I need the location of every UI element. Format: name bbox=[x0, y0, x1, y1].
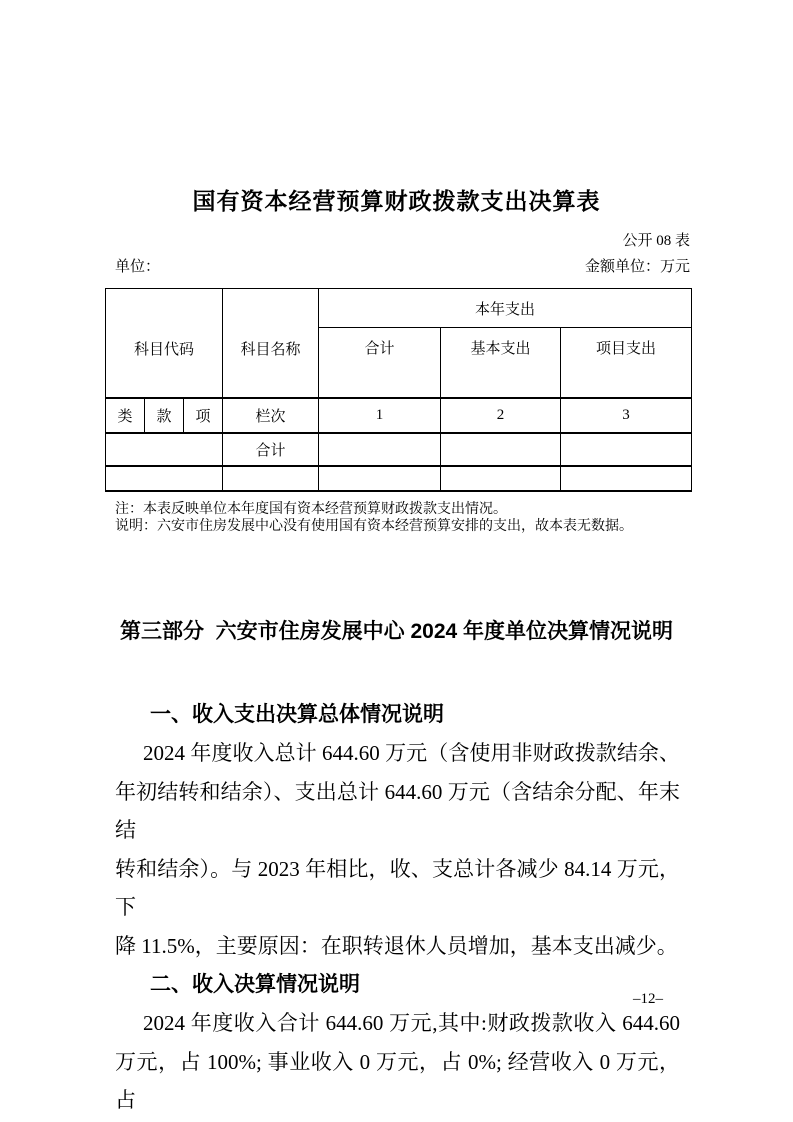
section-title: 第三部分 六安市住房发展中心 2024 年度单位决算情况说明 bbox=[0, 615, 793, 645]
empty-cell bbox=[561, 433, 692, 466]
paragraph-line: 2024 年度收入总计 644.60 万元（含使用非财政拨款结余、 bbox=[115, 734, 680, 773]
header-project-expenditure: 项目支出 bbox=[561, 328, 692, 398]
column-index-2: 2 bbox=[441, 398, 561, 433]
empty-cell bbox=[441, 433, 561, 466]
empty-cell bbox=[319, 466, 441, 491]
paragraph-line: 万元，占 100%; 事业收入 0 万元，占 0%; 经营收入 0 万元，占 bbox=[115, 1043, 680, 1120]
table-code: 公开 08 表 bbox=[0, 229, 793, 250]
total-row-label: 合计 bbox=[223, 433, 319, 466]
header-basic-expenditure: 基本支出 bbox=[441, 328, 561, 398]
table-header-row-1: 科目代码 科目名称 本年支出 bbox=[106, 289, 692, 328]
table-note: 注：本表反映单位本年度国有资本经营预算财政拨款支出情况。 bbox=[115, 501, 693, 518]
empty-cell bbox=[106, 466, 223, 491]
empty-cell bbox=[441, 466, 561, 491]
paragraph-line: 降 11.5%，主要原因：在职转退休人员增加，基本支出减少。 bbox=[115, 927, 680, 966]
empty-cell bbox=[106, 433, 223, 466]
empty-cell bbox=[561, 466, 692, 491]
empty-cell bbox=[223, 466, 319, 491]
paragraph-line: 2024 年度收入合计 644.60 万元,其中:财政拨款收入 644.60 bbox=[115, 1004, 680, 1043]
label-section: 款 bbox=[145, 398, 184, 433]
unit-row: 单位： 金额单位：万元 bbox=[115, 255, 690, 276]
column-index-1: 1 bbox=[319, 398, 441, 433]
column-index-row: 类 款 项 栏次 1 2 3 bbox=[106, 398, 692, 433]
table-row-empty bbox=[106, 466, 692, 491]
header-total: 合计 bbox=[319, 328, 441, 398]
label-item: 项 bbox=[184, 398, 223, 433]
paragraph-line: 转和结余）。与 2023 年相比，收、支总计各减少 84.14 万元，下 bbox=[115, 850, 680, 927]
table-explanation: 说明：六安市住房发展中心没有使用国有资本经营预算安排的支出，故本表无数据。 bbox=[115, 518, 693, 535]
empty-cell bbox=[319, 433, 441, 466]
document-page: 国有资本经营预算财政拨款支出决算表 公开 08 表 单位： 金额单位：万元 科目… bbox=[0, 0, 793, 1122]
label-column-index: 栏次 bbox=[223, 398, 319, 433]
header-subject-code: 科目代码 bbox=[106, 289, 223, 398]
header-current-year-expenditure: 本年支出 bbox=[319, 289, 692, 328]
label-category: 类 bbox=[106, 398, 145, 433]
amount-unit-label: 金额单位：万元 bbox=[585, 255, 690, 276]
page-number: –12– bbox=[633, 991, 663, 1008]
page-title: 国有资本经营预算财政拨款支出决算表 bbox=[0, 0, 793, 216]
heading-income-details: 二、收入决算情况说明 bbox=[115, 966, 680, 1005]
column-index-3: 3 bbox=[561, 398, 692, 433]
section-body: 一、收入支出决算总体情况说明 2024 年度收入总计 644.60 万元（含使用… bbox=[115, 696, 680, 1121]
paragraph-line: 年初结转和结余）、支出总计 644.60 万元（含结余分配、年末结 bbox=[115, 773, 680, 850]
table-notes: 注：本表反映单位本年度国有资本经营预算财政拨款支出情况。 说明：六安市住房发展中… bbox=[115, 501, 693, 535]
unit-label: 单位： bbox=[115, 255, 160, 276]
budget-table: 科目代码 科目名称 本年支出 合计 基本支出 项目支出 类 款 项 栏次 1 2… bbox=[105, 288, 692, 492]
heading-income-expenditure-overview: 一、收入支出决算总体情况说明 bbox=[115, 696, 680, 735]
header-subject-name: 科目名称 bbox=[223, 289, 319, 398]
table-row-total: 合计 bbox=[106, 433, 692, 466]
